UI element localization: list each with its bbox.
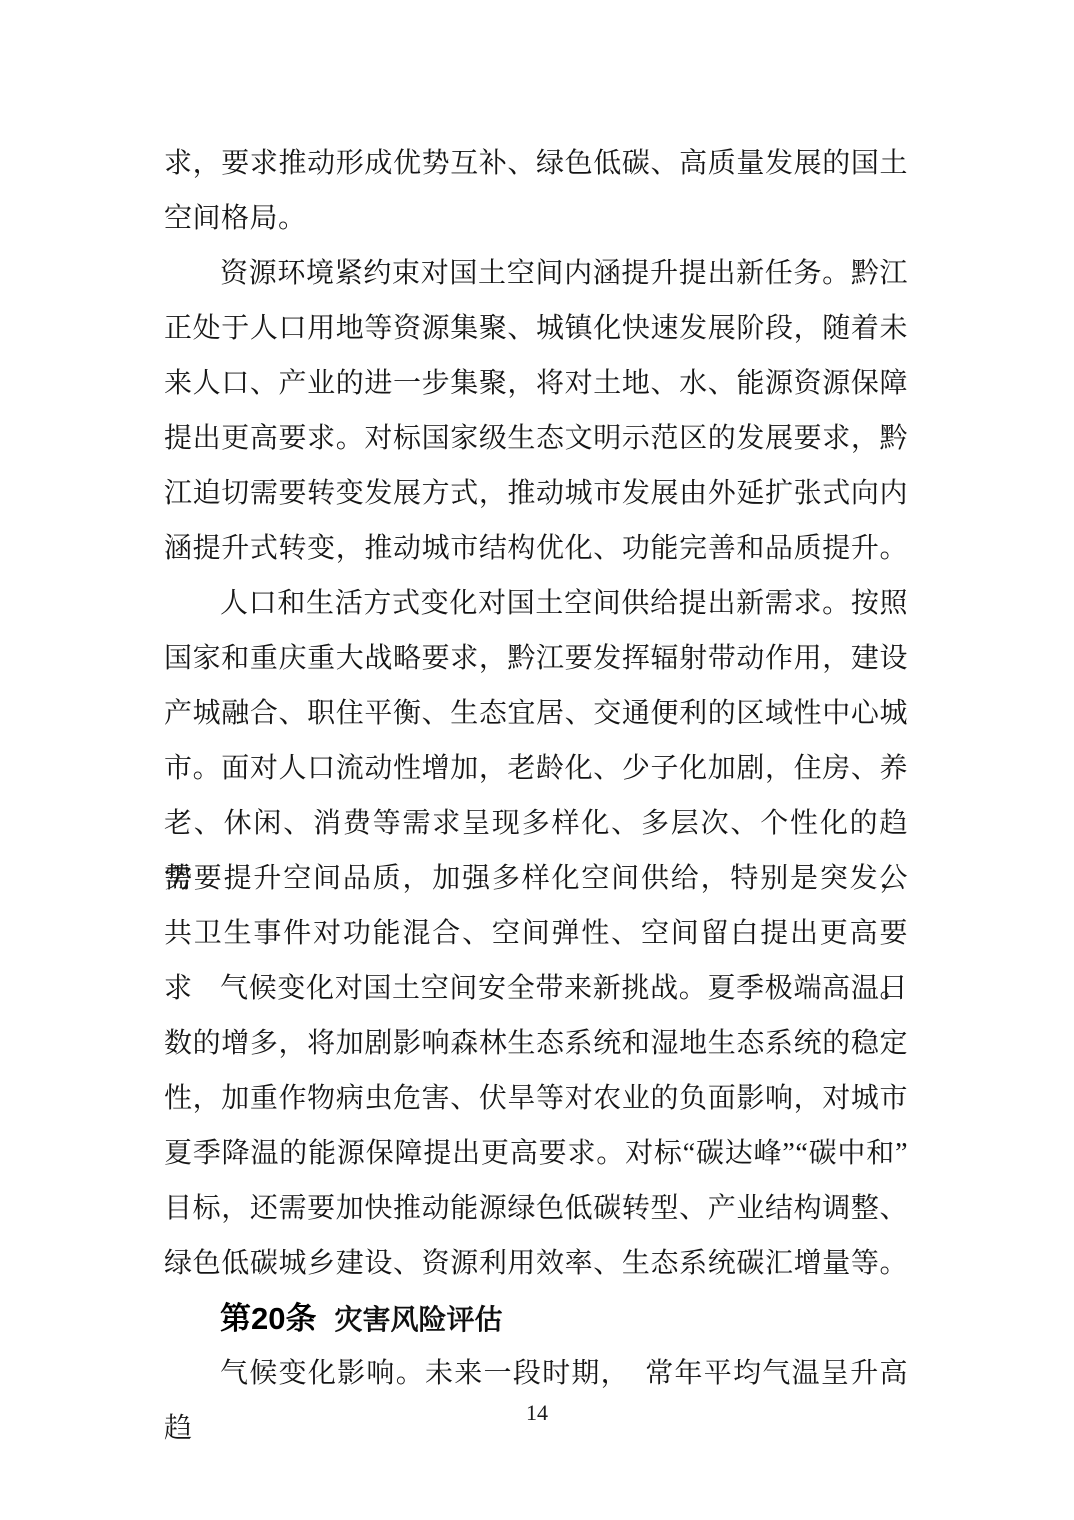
text-block: 求，要求推动形成优势互补、绿色低碳、高质量发展的国土 空间格局。 资源环境紧约束… — [164, 136, 908, 1401]
paragraph: 资源环境紧约束对国土空间内涵提升提出新任务。黔江 正处于人口用地等资源集聚、城镇… — [164, 246, 908, 576]
text-line: 资源环境紧约束对国土空间内涵提升提出新任务。黔江 — [164, 246, 908, 301]
text-line: 夏季降温的能源保障提出更高要求。对标“碳达峰”“碳中和” — [164, 1126, 908, 1181]
text-line: 江迫切需要转变发展方式，推动城市发展由外延扩张式向内 — [164, 466, 908, 521]
paragraph: 求，要求推动形成优势互补、绿色低碳、高质量发展的国土 空间格局。 — [164, 136, 908, 246]
text-line: 数的增多，将加剧影响森林生态系统和湿地生态系统的稳定 — [164, 1016, 908, 1071]
paragraph: 人口和生活方式变化对国土空间供给提出新需求。按照 国家和重庆重大战略要求，黔江要… — [164, 576, 908, 961]
text-line: 求，要求推动形成优势互补、绿色低碳、高质量发展的国土 — [164, 136, 908, 191]
text-line: 共卫生事件对功能混合、空间弹性、空间留白提出更高要求。 — [164, 906, 908, 961]
text-line: 人口和生活方式变化对国土空间供给提出新需求。按照 — [164, 576, 908, 631]
text-line: 性，加重作物病虫危害、伏旱等对农业的负面影响，对城市 — [164, 1071, 908, 1126]
document-page: 求，要求推动形成优势互补、绿色低碳、高质量发展的国土 空间格局。 资源环境紧约束… — [0, 0, 1074, 1520]
text-line: 涵提升式转变，推动城市结构优化、功能完善和品质提升。 — [164, 521, 908, 576]
text-line: 市。面对人口流动性增加，老龄化、少子化加剧，住房、养 — [164, 741, 908, 796]
paragraph: 气候变化对国土空间安全带来新挑战。夏季极端高温日 数的增多，将加剧影响森林生态系… — [164, 961, 908, 1291]
heading-title: 灾害风险评估 — [334, 1305, 502, 1336]
text-line: 空间格局。 — [164, 191, 908, 246]
text-line: 气候变化影响。未来一段时期， 常年平均气温呈升高趋 — [164, 1346, 908, 1401]
text-line: 目标，还需要加快推动能源绿色低碳转型、产业结构调整、 — [164, 1181, 908, 1236]
page-number: 14 — [0, 1400, 1074, 1426]
text-line: 来人口、产业的进一步集聚，将对土地、水、能源资源保障 — [164, 356, 908, 411]
paragraph: 气候变化影响。未来一段时期， 常年平均气温呈升高趋 — [164, 1346, 908, 1401]
text-line: 老、休闲、消费等需求呈现多样化、多层次、个性化的趋势， — [164, 796, 908, 851]
text-line: 产城融合、职住平衡、生态宜居、交通便利的区域性中心城 — [164, 686, 908, 741]
text-line: 绿色低碳城乡建设、资源利用效率、生态系统碳汇增量等。 — [164, 1236, 908, 1291]
text-line: 国家和重庆重大战略要求，黔江要发挥辐射带动作用，建设 — [164, 631, 908, 686]
text-line: 需要提升空间品质，加强多样化空间供给，特别是突发公 — [164, 851, 908, 906]
section-heading: 第20条灾害风险评估 — [164, 1291, 908, 1346]
text-line: 提出更高要求。对标国家级生态文明示范区的发展要求，黔 — [164, 411, 908, 466]
text-line: 气候变化对国土空间安全带来新挑战。夏季极端高温日 — [164, 961, 908, 1016]
text-line: 正处于人口用地等资源集聚、城镇化快速发展阶段，随着未 — [164, 301, 908, 356]
heading-article-number: 第20条 — [220, 1301, 316, 1336]
